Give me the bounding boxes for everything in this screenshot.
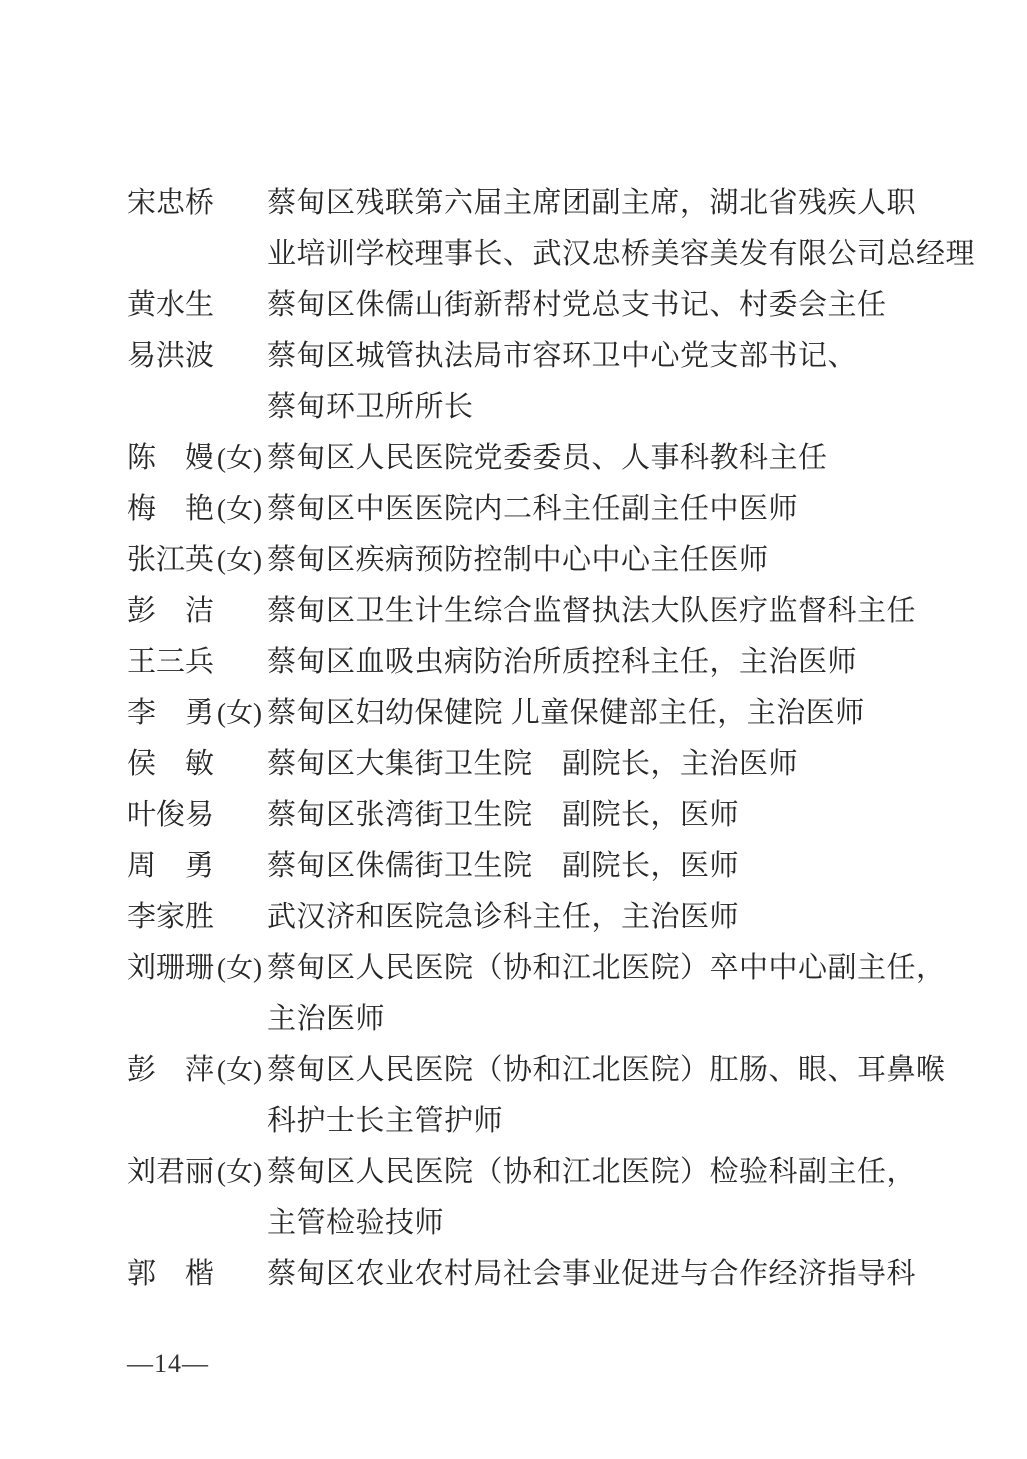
entry-description-line: 蔡甸区侏儒山街新帮村党总支书记、村委会主任: [267, 280, 917, 331]
entry-description: 蔡甸区卫生计生综合监督执法大队医疗监督科主任: [267, 586, 917, 637]
entry-description: 蔡甸区张湾街卫生院 副院长，医师: [267, 790, 917, 841]
entry-description-line: 蔡甸区大集街卫生院 副院长，主治医师: [267, 739, 917, 790]
entry-row: 彭 洁 蔡甸区卫生计生综合监督执法大队医疗监督科主任: [127, 586, 917, 637]
entry-description-line: 蔡甸环卫所所长: [267, 382, 917, 433]
entry-description: 蔡甸区人民医院（协和江北医院）卒中中心副主任， 主治医师: [267, 943, 917, 1045]
entry-row: 黄水生 蔡甸区侏儒山街新帮村党总支书记、村委会主任: [127, 280, 917, 331]
entry-row: 李 勇 (女) 蔡甸区妇幼保健院 儿童保健部主任，主治医师: [127, 688, 917, 739]
entry-description: 蔡甸区疾病预防控制中心中心主任医师: [267, 535, 917, 586]
entry-row: 郭 楷 蔡甸区农业农村局社会事业促进与合作经济指导科: [127, 1249, 917, 1300]
entry-name: 郭 楷: [127, 1249, 217, 1300]
entry-row: 彭 萍 (女) 蔡甸区人民医院（协和江北医院）肛肠、眼、耳鼻喉 科护士长主管护师: [127, 1045, 917, 1147]
entry-description-line: 蔡甸区人民医院（协和江北医院）检验科副主任，: [267, 1147, 917, 1198]
entry-row: 张江英 (女) 蔡甸区疾病预防控制中心中心主任医师: [127, 535, 917, 586]
entry-row: 宋忠桥 蔡甸区残联第六届主席团副主席，湖北省残疾人职 业培训学校理事长、武汉忠桥…: [127, 178, 917, 280]
entry-description: 蔡甸区人民医院党委委员、人事科教科主任: [267, 433, 917, 484]
entry-name: 黄水生: [127, 280, 217, 331]
page-number: —14—: [127, 1348, 209, 1380]
gender-marker: (女): [217, 1147, 267, 1198]
entry-description-line: 蔡甸区疾病预防控制中心中心主任医师: [267, 535, 917, 586]
entry-name: 刘珊珊: [127, 943, 217, 994]
entry-description: 蔡甸区人民医院（协和江北医院）肛肠、眼、耳鼻喉 科护士长主管护师: [267, 1045, 917, 1147]
entry-description: 蔡甸区中医医院内二科主任副主任中医师: [267, 484, 917, 535]
gender-marker: (女): [217, 484, 267, 535]
entry-description-line: 蔡甸区人民医院党委委员、人事科教科主任: [267, 433, 917, 484]
entry-name: 侯 敏: [127, 739, 217, 790]
entry-name: 王三兵: [127, 637, 217, 688]
gender-marker: (女): [217, 943, 267, 994]
entry-name: 彭 萍: [127, 1045, 217, 1096]
gender-marker: (女): [217, 535, 267, 586]
entry-description-line: 蔡甸区中医医院内二科主任副主任中医师: [267, 484, 917, 535]
gender-marker: (女): [217, 1045, 267, 1096]
entry-description-line: 主管检验技师: [267, 1198, 917, 1249]
honor-list: 宋忠桥 蔡甸区残联第六届主席团副主席，湖北省残疾人职 业培训学校理事长、武汉忠桥…: [127, 178, 917, 1300]
entry-description: 蔡甸区血吸虫病防治所质控科主任，主治医师: [267, 637, 917, 688]
entry-name: 李家胜: [127, 892, 217, 943]
entry-name: 宋忠桥: [127, 178, 217, 229]
entry-description: 蔡甸区侏儒街卫生院 副院长，医师: [267, 841, 917, 892]
entry-name: 周 勇: [127, 841, 217, 892]
entry-description: 蔡甸区大集街卫生院 副院长，主治医师: [267, 739, 917, 790]
entry-name: 李 勇: [127, 688, 217, 739]
entry-description-line: 蔡甸区侏儒街卫生院 副院长，医师: [267, 841, 917, 892]
entry-name: 梅 艳: [127, 484, 217, 535]
entry-description-line: 蔡甸区张湾街卫生院 副院长，医师: [267, 790, 917, 841]
entry-name: 叶俊易: [127, 790, 217, 841]
entry-row: 陈 嫚 (女) 蔡甸区人民医院党委委员、人事科教科主任: [127, 433, 917, 484]
entry-name: 刘君丽: [127, 1147, 217, 1198]
entry-description-line: 蔡甸区卫生计生综合监督执法大队医疗监督科主任: [267, 586, 917, 637]
entry-description-line: 主治医师: [267, 994, 917, 1045]
entry-row: 周 勇 蔡甸区侏儒街卫生院 副院长，医师: [127, 841, 917, 892]
entry-description-line: 蔡甸区血吸虫病防治所质控科主任，主治医师: [267, 637, 917, 688]
document-page: { "page_number": "—14—", "list": { "entr…: [0, 0, 1027, 1459]
entry-description-line: 蔡甸区城管执法局市容环卫中心党支部书记、: [267, 331, 917, 382]
entry-name: 陈 嫚: [127, 433, 217, 484]
entry-description: 武汉济和医院急诊科主任，主治医师: [267, 892, 917, 943]
entry-description: 蔡甸区人民医院（协和江北医院）检验科副主任， 主管检验技师: [267, 1147, 917, 1249]
entry-row: 侯 敏 蔡甸区大集街卫生院 副院长，主治医师: [127, 739, 917, 790]
entry-row: 刘君丽 (女) 蔡甸区人民医院（协和江北医院）检验科副主任， 主管检验技师: [127, 1147, 917, 1249]
entry-row: 刘珊珊 (女) 蔡甸区人民医院（协和江北医院）卒中中心副主任， 主治医师: [127, 943, 917, 1045]
entry-description-line: 武汉济和医院急诊科主任，主治医师: [267, 892, 917, 943]
entry-name: 易洪波: [127, 331, 217, 382]
entry-description-line: 蔡甸区农业农村局社会事业促进与合作经济指导科: [267, 1249, 917, 1300]
entry-row: 梅 艳 (女) 蔡甸区中医医院内二科主任副主任中医师: [127, 484, 917, 535]
entry-name: 彭 洁: [127, 586, 217, 637]
entry-description: 蔡甸区城管执法局市容环卫中心党支部书记、 蔡甸环卫所所长: [267, 331, 917, 433]
entry-description: 蔡甸区妇幼保健院 儿童保健部主任，主治医师: [267, 688, 917, 739]
entry-description-line: 科护士长主管护师: [267, 1096, 917, 1147]
entry-description: 蔡甸区侏儒山街新帮村党总支书记、村委会主任: [267, 280, 917, 331]
entry-name: 张江英: [127, 535, 217, 586]
entry-row: 叶俊易 蔡甸区张湾街卫生院 副院长，医师: [127, 790, 917, 841]
entry-description-line: 业培训学校理事长、武汉忠桥美容美发有限公司总经理: [267, 229, 917, 280]
entry-description-line: 蔡甸区残联第六届主席团副主席，湖北省残疾人职: [267, 178, 917, 229]
entry-row: 李家胜 武汉济和医院急诊科主任，主治医师: [127, 892, 917, 943]
gender-marker: (女): [217, 433, 267, 484]
entry-description: 蔡甸区残联第六届主席团副主席，湖北省残疾人职 业培训学校理事长、武汉忠桥美容美发…: [267, 178, 917, 280]
entry-description-line: 蔡甸区人民医院（协和江北医院）卒中中心副主任，: [267, 943, 917, 994]
gender-marker: (女): [217, 688, 267, 739]
entry-description: 蔡甸区农业农村局社会事业促进与合作经济指导科: [267, 1249, 917, 1300]
entry-row: 王三兵 蔡甸区血吸虫病防治所质控科主任，主治医师: [127, 637, 917, 688]
entry-description-line: 蔡甸区妇幼保健院 儿童保健部主任，主治医师: [267, 688, 917, 739]
entry-row: 易洪波 蔡甸区城管执法局市容环卫中心党支部书记、 蔡甸环卫所所长: [127, 331, 917, 433]
entry-description-line: 蔡甸区人民医院（协和江北医院）肛肠、眼、耳鼻喉: [267, 1045, 917, 1096]
